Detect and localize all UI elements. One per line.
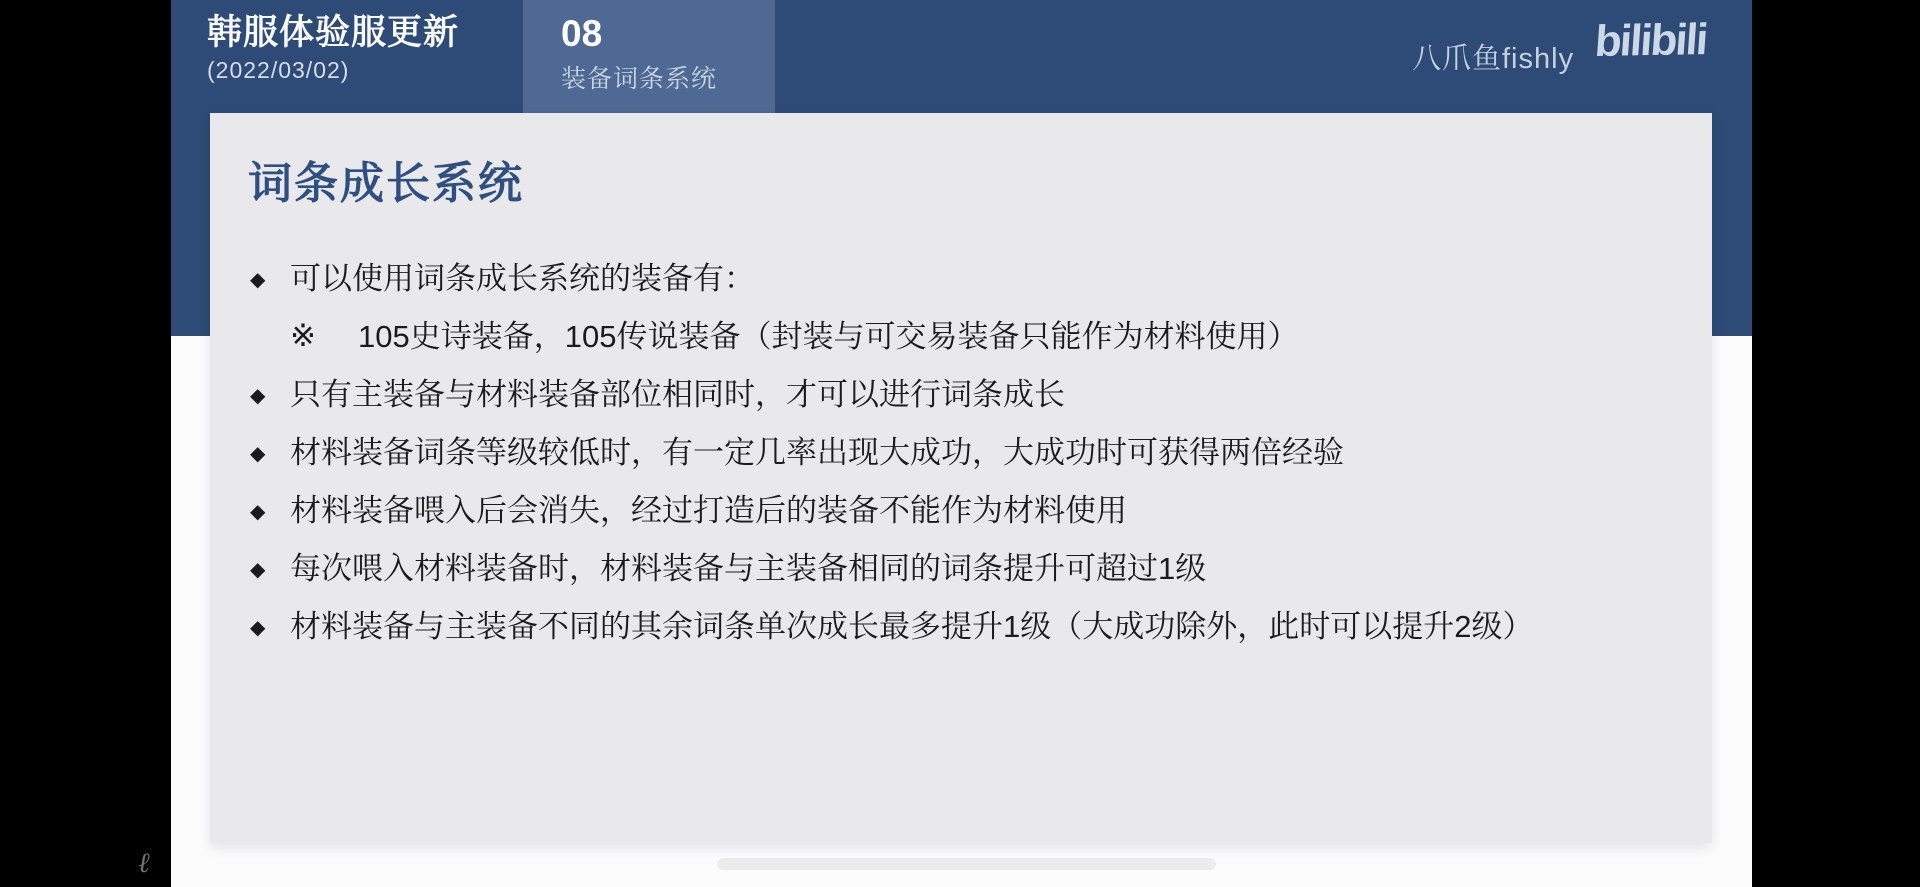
list-item-text: 可以使用词条成长系统的装备有： bbox=[290, 260, 755, 298]
list-item-text: 每次喂入材料装备时，材料装备与主装备相同的词条提升可超过1级 bbox=[290, 550, 1206, 588]
video-frame: 韩服体验服更新 (2022/03/02) 08 装备词条系统 八爪鱼fishly… bbox=[0, 0, 1920, 887]
author-brand: 八爪鱼fishly bbox=[1412, 36, 1574, 77]
list-item-text: 材料装备与主装备不同的其余词条单次成长最多提升1级（大成功除外，此时可以提升2级… bbox=[290, 608, 1533, 646]
diamond-bullet-icon: ◆ bbox=[250, 260, 290, 292]
deck-title: 韩服体验服更新 bbox=[207, 13, 459, 53]
diamond-bullet-icon: ◆ bbox=[250, 608, 290, 640]
diamond-bullet-icon: ◆ bbox=[250, 550, 290, 582]
diamond-bullet-icon: ◆ bbox=[250, 434, 290, 466]
list-item-text: 只有主装备与材料装备部位相同时，才可以进行词条成长 bbox=[290, 376, 1065, 414]
bilibili-logo: bilibili bbox=[1593, 15, 1708, 67]
bottom-scrollbar-thumb[interactable] bbox=[717, 858, 1216, 870]
presentation-slide: 韩服体验服更新 (2022/03/02) 08 装备词条系统 八爪鱼fishly… bbox=[171, 0, 1752, 887]
section-title: 词条成长系统 bbox=[248, 147, 524, 211]
list-item: ◆ 每次喂入材料装备时，材料装备与主装备相同的词条提升可超过1级 bbox=[250, 550, 1670, 608]
slide-header: 韩服体验服更新 (2022/03/02) bbox=[207, 13, 459, 84]
list-item: ◆ 材料装备与主装备不同的其余词条单次成长最多提升1级（大成功除外，此时可以提升… bbox=[250, 608, 1670, 666]
list-item: ◆ 只有主装备与材料装备部位相同时，才可以进行词条成长 bbox=[250, 376, 1670, 434]
list-subitem: ※ 105史诗装备，105传说装备（封装与可交易装备只能作为材料使用） bbox=[250, 318, 1670, 376]
list-item: ◆ 材料装备词条等级较低时，有一定几率出现大成功，大成功时可获得两倍经验 bbox=[250, 434, 1670, 492]
diamond-bullet-icon: ◆ bbox=[250, 376, 290, 408]
list-item-text: 材料装备词条等级较低时，有一定几率出现大成功，大成功时可获得两倍经验 bbox=[290, 434, 1344, 472]
deck-date: (2022/03/02) bbox=[207, 57, 459, 84]
diamond-bullet-icon: ◆ bbox=[250, 492, 290, 524]
chapter-label: 装备词条系统 bbox=[561, 59, 775, 95]
list-item: ◆ 可以使用词条成长系统的装备有： bbox=[250, 260, 1670, 318]
watermark-glyph: ℓ bbox=[138, 846, 150, 880]
content-panel: 词条成长系统 ◆ 可以使用词条成长系统的装备有： ※ 105史诗装备，105传说… bbox=[210, 113, 1712, 843]
list-item-text: 材料装备喂入后会消失，经过打造后的装备不能作为材料使用 bbox=[290, 492, 1127, 530]
chapter-tab: 08 装备词条系统 bbox=[523, 0, 775, 113]
list-item: ◆ 材料装备喂入后会消失，经过打造后的装备不能作为材料使用 bbox=[250, 492, 1670, 550]
chapter-number: 08 bbox=[561, 12, 775, 56]
reference-mark-icon: ※ bbox=[290, 318, 358, 354]
list-item-text: 105史诗装备，105传说装备（封装与可交易装备只能作为材料使用） bbox=[358, 318, 1298, 356]
bullet-list: ◆ 可以使用词条成长系统的装备有： ※ 105史诗装备，105传说装备（封装与可… bbox=[250, 260, 1670, 666]
